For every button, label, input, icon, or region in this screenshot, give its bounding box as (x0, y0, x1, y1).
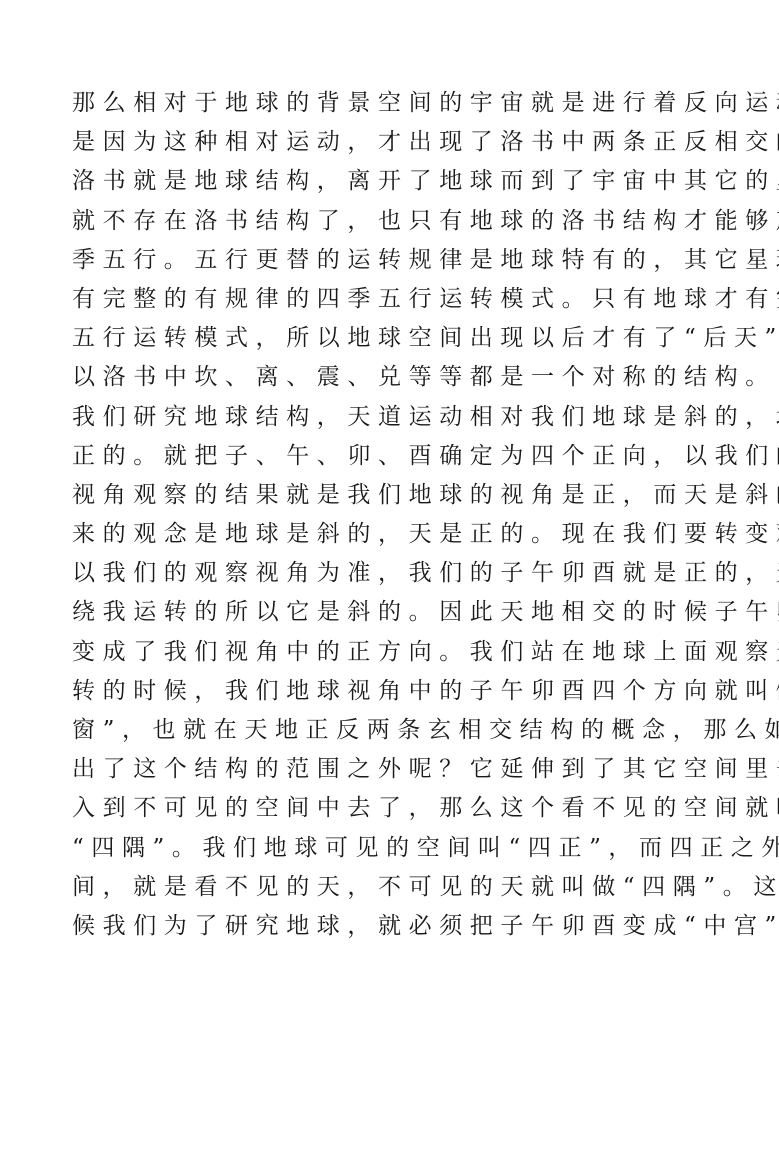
document-page: 那么相对于地球的背景空间的宇宙就是进行着反向运动。正 是因为这种相对运动，才出现… (72, 84, 752, 946)
text-line: 洛书就是地球结构，离开了地球而到了宇宙中其它的星球上， (72, 162, 752, 201)
text-line: “四隅”。我们地球可见的空间叫“四正”，而四正之外的空 (72, 829, 752, 868)
text-line: 候我们为了研究地球，就必须把子午卯酉变成“中宫”。 (72, 907, 752, 946)
text-line: 窗”，也就在天地正反两条玄相交结构的概念，那么如果超 (72, 711, 752, 750)
text-line: 我们研究地球结构，天道运动相对我们地球是斜的，地球是 (72, 398, 752, 437)
text-line: 间，就是看不见的天，不可见的天就叫做“四隅”。这个时 (72, 868, 752, 907)
text-line: 入到不可见的空间中去了，那么这个看不见的空间就叫做 (72, 789, 752, 828)
text-line: 视角观察的结果就是我们地球的视角是正，而天是斜的。原 (72, 476, 752, 515)
text-line: 季五行。五行更替的运转规律是地球特有的，其它星球都没 (72, 241, 752, 280)
text-line: 正的。就把子、午、卯、酉确定为四个正向，以我们的地球 (72, 437, 752, 476)
text-line: 那么相对于地球的背景空间的宇宙就是进行着反向运动。正 (72, 84, 752, 123)
text-line: 出了这个结构的范围之外呢？它延伸到了其它空间里去，进 (72, 750, 752, 789)
text-line: 来的观念是地球是斜的，天是正的。现在我们要转变观念， (72, 515, 752, 554)
text-line: 是因为这种相对运动，才出现了洛书中两条正反相交的曲线。 (72, 123, 752, 162)
text-line: 五行运转模式，所以地球空间出现以后才有了“后天”。所 (72, 319, 752, 358)
text-line: 以洛书中坎、离、震、兑等等都是一个对称的结构。 (72, 358, 752, 397)
text-line: 就不存在洛书结构了，也只有地球的洛书结构才能够产生四 (72, 202, 752, 241)
text-line: 有完整的有规律的四季五行运转模式。只有地球才有完整的 (72, 280, 752, 319)
text-line: 绕我运转的所以它是斜的。因此天地相交的时候子午卯酉就 (72, 593, 752, 632)
text-line: 以我们的观察视角为准，我们的子午卯酉就是正的，天是围 (72, 554, 752, 593)
text-line: 变成了我们视角中的正方向。我们站在地球上面观察天道运 (72, 633, 752, 672)
text-line: 转的时候，我们地球视角中的子午卯酉四个方向就叫做“天 (72, 672, 752, 711)
